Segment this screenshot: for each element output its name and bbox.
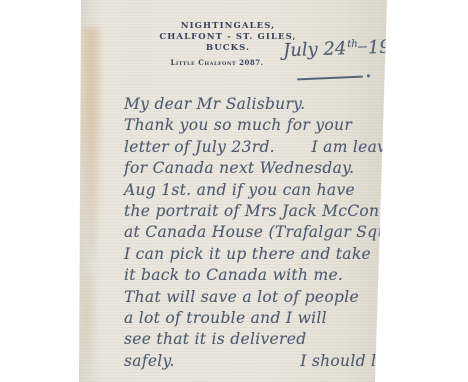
date-dash-stroke [358, 46, 367, 47]
letter-line: it back to Canada with me. [124, 265, 421, 286]
date-ordinal: th [347, 39, 358, 50]
letter-line: My dear Mr Salisbury. [124, 94, 421, 115]
date-day: July 24 [283, 38, 347, 61]
letter-line: That will save a lot of people [124, 287, 421, 308]
letter-line: Thank you so much for your [124, 115, 421, 136]
date-underline [297, 76, 363, 80]
letterhead-house-name: NIGHTINGALES, [74, 21, 382, 32]
date-year: 1951 [367, 36, 414, 59]
letter-line: see that it is delivered [124, 329, 421, 350]
letter-line: for Canada next Wednesday. [124, 158, 421, 179]
letter-line: I can pick it up there and take [124, 244, 421, 265]
letter-paper: NIGHTINGALES, CHALFONT - ST. GILES, BUCK… [79, 0, 387, 382]
letter-body: My dear Mr Salisbury.Thank you so much f… [124, 94, 421, 372]
letter-line: the portrait of Mrs Jack McConnell [124, 201, 421, 222]
letter-date: July 24th1951 [283, 36, 414, 62]
letter-photo: NIGHTINGALES, CHALFONT - ST. GILES, BUCK… [0, 0, 468, 382]
letter-line: letter of July 23rd. I am leaving [124, 137, 421, 158]
letter-line: safely. I should like [124, 351, 421, 372]
letter-line: at Canada House (Trafalgar Square) [124, 222, 421, 243]
paper-stain [81, 270, 95, 380]
letter-line: a lot of trouble and I will [124, 308, 421, 329]
letter-line: Aug 1st. and if you can have [124, 180, 421, 201]
